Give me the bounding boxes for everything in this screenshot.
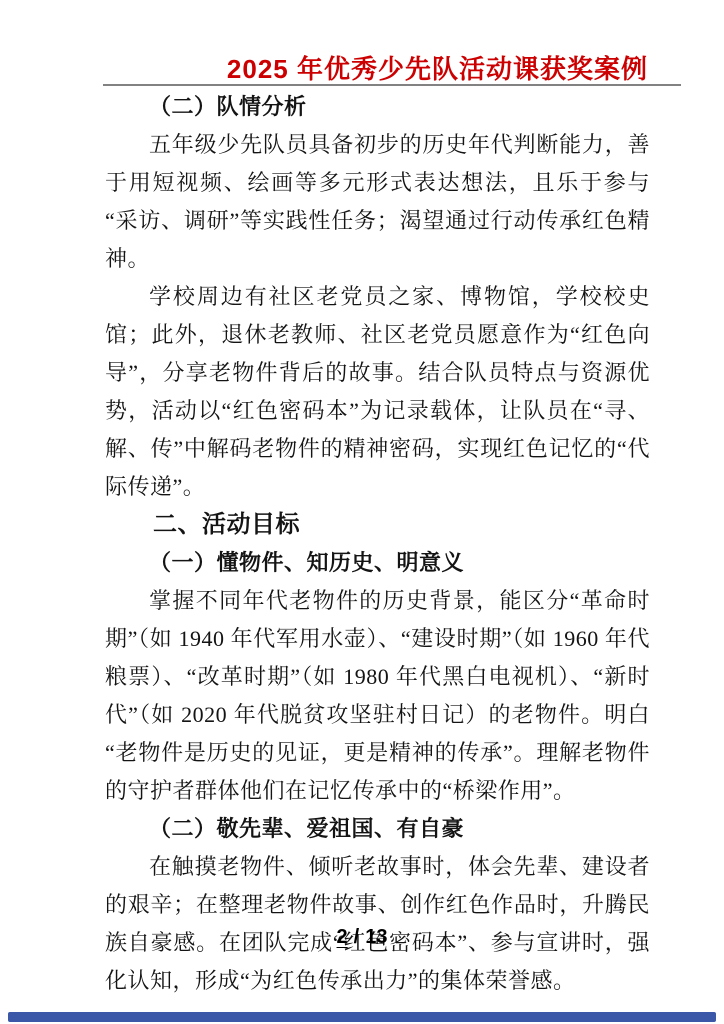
paragraph: 掌握不同年代老物件的历史背景，能区分“革命时期”（如 1940 年代军用水壶）、… bbox=[105, 582, 650, 810]
header-divider bbox=[103, 84, 681, 86]
section-heading: （二）敬先辈、爱祖国、有自豪 bbox=[105, 810, 650, 848]
page-number-separator: / bbox=[354, 926, 360, 948]
page-title: 2025 年优秀少先队活动课获奖案例 bbox=[227, 49, 648, 86]
paragraph: 在触摸老物件、倾听老故事时，体会先辈、建设者的艰辛；在整理老物件故事、创作红色作… bbox=[105, 848, 650, 1000]
document-body: （二）队情分析 五年级少先队员具备初步的历史年代判断能力，善于用短视频、绘画等多… bbox=[105, 88, 650, 1000]
document-page: { "page": { "width_px": 724, "height_px"… bbox=[0, 0, 724, 1024]
paragraph: 学校周边有社区老党员之家、博物馆，学校校史馆；此外，退休老教师、社区老党员愿意作… bbox=[105, 278, 650, 506]
current-page-number: 2 bbox=[337, 926, 348, 948]
section-heading: （二）队情分析 bbox=[105, 88, 650, 126]
total-page-count: 13 bbox=[365, 926, 387, 948]
page-number: 2/13 bbox=[0, 926, 724, 949]
section-heading: （一）懂物件、知历史、明意义 bbox=[105, 544, 650, 582]
section-heading: 二、活动目标 bbox=[105, 506, 650, 544]
viewer-scrollbar[interactable] bbox=[8, 1012, 716, 1022]
paragraph: 五年级少先队员具备初步的历史年代判断能力，善于用短视频、绘画等多元形式表达想法，… bbox=[105, 126, 650, 278]
